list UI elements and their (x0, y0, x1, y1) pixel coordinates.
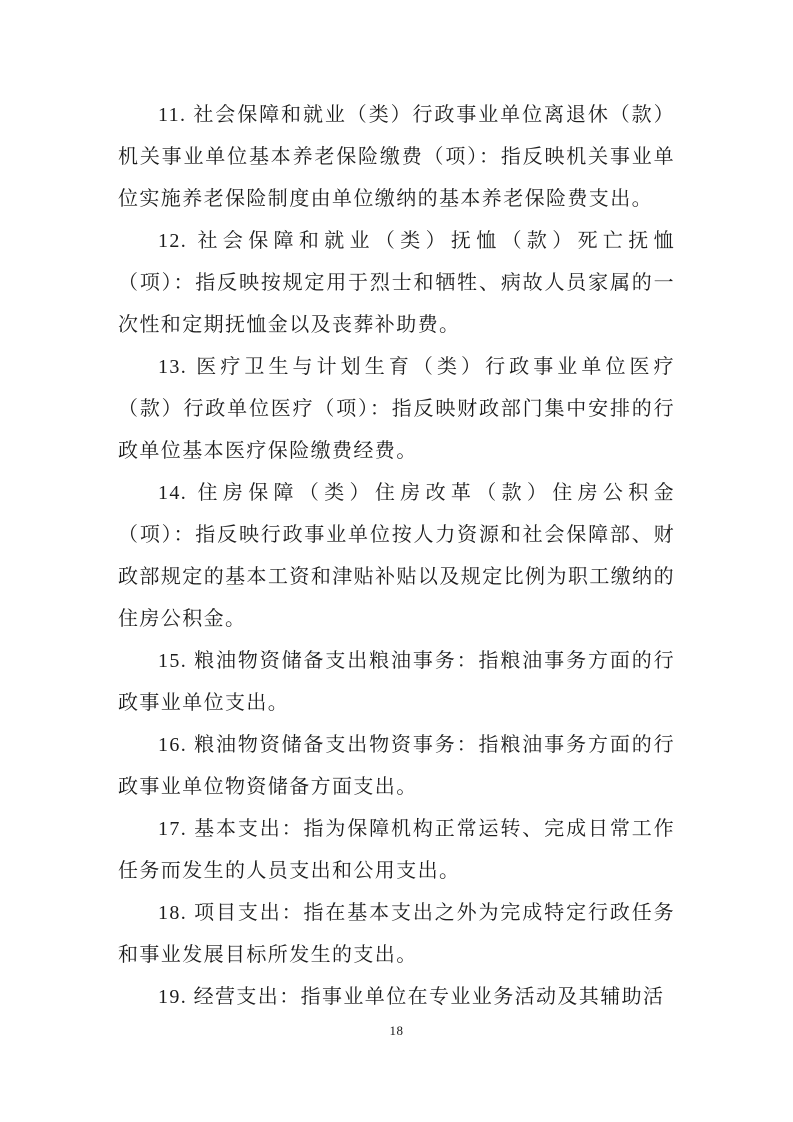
paragraph: 18. 项目支出：指在基本支出之外为完成特定行政任务和事业发展目标所发生的支出。 (118, 892, 675, 976)
paragraph: 13. 医疗卫生与计划生育（类）行政事业单位医疗（款）行政单位医疗（项）：指反映… (118, 346, 675, 472)
paragraph: 15. 粮油物资储备支出粮油事务：指粮油事务方面的行政事业单位支出。 (118, 640, 675, 724)
paragraph: 11. 社会保障和就业（类）行政事业单位离退休（款）机关事业单位基本养老保险缴费… (118, 94, 675, 220)
paragraph: 19. 经营支出：指事业单位在专业业务活动及其辅助活 (118, 976, 675, 1018)
paragraph: 17. 基本支出：指为保障机构正常运转、完成日常工作任务而发生的人员支出和公用支… (118, 808, 675, 892)
paragraph: 16. 粮油物资储备支出物资事务：指粮油事务方面的行政事业单位物资储备方面支出。 (118, 724, 675, 808)
page-number: 18 (390, 1023, 404, 1038)
page-footer: 18 (0, 1022, 793, 1040)
document-body-text: 11. 社会保障和就业（类）行政事业单位离退休（款）机关事业单位基本养老保险缴费… (118, 94, 675, 1018)
paragraph: 14. 住房保障（类）住房改革（款）住房公积金（项）：指反映行政事业单位按人力资… (118, 472, 675, 640)
document-page: 11. 社会保障和就业（类）行政事业单位离退休（款）机关事业单位基本养老保险缴费… (0, 0, 793, 1122)
paragraph: 12. 社会保障和就业（类）抚恤（款）死亡抚恤（项）：指反映按规定用于烈士和牺牲… (118, 220, 675, 346)
